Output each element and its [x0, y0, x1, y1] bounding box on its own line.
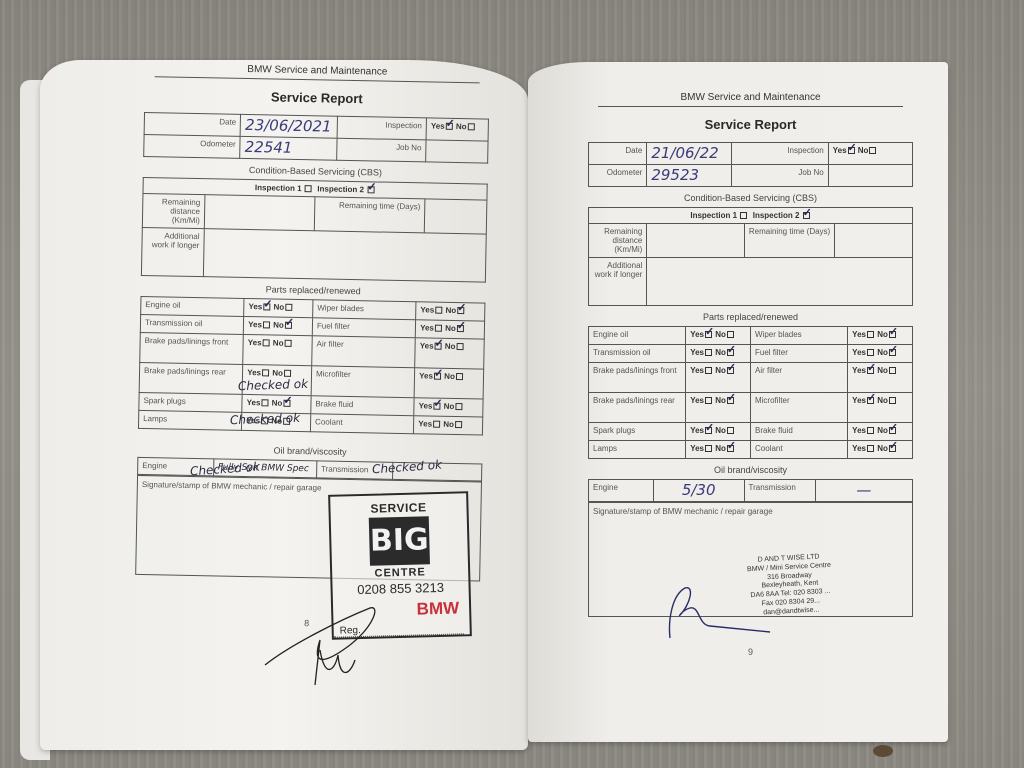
checkbox[interactable] [457, 325, 464, 332]
inspection2-checkbox[interactable] [803, 212, 810, 219]
report-title: Service Report [144, 87, 489, 109]
part-label: Coolant [310, 414, 414, 434]
signature-label: Signature/stamp of BMW mechanic / repair… [142, 480, 322, 492]
cbs-table: Inspection 1 Inspection 2 Remaining dist… [588, 207, 913, 306]
checkbox[interactable] [727, 427, 734, 434]
part-label: Microfilter [311, 366, 415, 398]
part-yes-no[interactable]: Yes No [686, 345, 751, 363]
checkbox[interactable] [867, 367, 874, 374]
checkbox[interactable] [283, 400, 290, 407]
checkbox[interactable] [262, 370, 269, 377]
handwritten-note: Checked ok [230, 411, 300, 427]
part-yes-no[interactable]: Yes No [414, 416, 483, 435]
part-yes-no[interactable]: Yes No [686, 363, 751, 393]
part-label: Brake pads/linings front [140, 332, 244, 364]
mechanic-signature-left [260, 600, 390, 690]
part-yes-no[interactable]: Yes No [414, 368, 483, 399]
remaining-distance-label: Remaining distance (Km/Mi) [589, 224, 647, 258]
date-label: Date [589, 143, 647, 165]
checkbox[interactable] [727, 397, 734, 404]
part-yes-no[interactable]: Yes No [686, 423, 751, 441]
part-label: Fuel filter [750, 345, 847, 363]
part-label: Brake pads/linings rear [139, 362, 243, 394]
part-label: Wiper blades [750, 327, 847, 345]
odometer-label: Odometer [589, 165, 647, 187]
table-debris [873, 745, 893, 757]
odometer-value[interactable]: 22541 [245, 138, 293, 157]
checkbox[interactable] [867, 445, 874, 452]
checkbox[interactable] [889, 349, 896, 356]
part-yes-no[interactable]: Yes No [686, 393, 751, 423]
inspection-yes-checkbox[interactable] [446, 123, 453, 130]
checkbox[interactable] [867, 397, 874, 404]
running-head: BMW Service and Maintenance [598, 92, 903, 107]
job-no-value[interactable] [828, 165, 912, 187]
cbs-table: Inspection 1 Inspection 2 Remaining dist… [141, 177, 488, 283]
checkbox[interactable] [456, 373, 463, 380]
part-yes-no[interactable]: Yes No [243, 334, 312, 365]
part-label: Engine oil [589, 327, 686, 345]
checkbox[interactable] [455, 421, 462, 428]
part-label: Spark plugs [139, 392, 243, 412]
parts-row: Transmission oilYes NoFuel filterYes No [589, 345, 913, 363]
oil-engine-label: Engine [589, 480, 654, 502]
part-yes-no[interactable]: Yes No [415, 320, 484, 339]
additional-work-label: Additional work if longer [141, 227, 204, 276]
checkbox[interactable] [284, 370, 291, 377]
report-title: Service Report [588, 117, 913, 132]
inspection-yes-no[interactable]: Yes No [426, 118, 488, 141]
job-no-value[interactable] [426, 140, 488, 163]
part-label: Fuel filter [312, 318, 416, 338]
checkbox[interactable] [456, 343, 463, 350]
additional-work-label: Additional work if longer [589, 258, 647, 306]
part-yes-no[interactable]: Yes No [848, 393, 913, 423]
remaining-time-label: Remaining time (Days) [314, 197, 425, 233]
part-yes-no[interactable]: Yes No [416, 302, 485, 321]
part-yes-no[interactable]: Yes No [848, 441, 913, 459]
part-label: Air filter [750, 363, 847, 393]
checkbox[interactable] [434, 343, 441, 350]
checkbox[interactable] [705, 367, 712, 374]
checkbox[interactable] [705, 427, 712, 434]
inspection-no-checkbox[interactable] [869, 147, 876, 154]
parts-row: Brake pads/linings rearYes NoMicrofilter… [589, 393, 913, 423]
part-label: Lamps [138, 410, 242, 430]
cbs-inspection-row: Inspection 1 Inspection 2 [589, 208, 913, 224]
part-label: Transmission oil [589, 345, 686, 363]
part-yes-no[interactable]: Yes No [686, 441, 751, 459]
oil-title: Oil brand/viscosity [588, 465, 913, 475]
inspection1-checkbox[interactable] [305, 185, 312, 192]
part-yes-no[interactable]: Yes No [848, 345, 913, 363]
oil-engine-value[interactable]: 5/30 [682, 481, 716, 499]
checkbox[interactable] [867, 349, 874, 356]
checkbox[interactable] [727, 367, 734, 374]
checkbox[interactable] [705, 331, 712, 338]
remaining-distance-value[interactable] [647, 224, 744, 258]
additional-work-value[interactable] [647, 258, 913, 306]
part-label: Brake pads/linings front [589, 363, 686, 393]
checkbox[interactable] [867, 331, 874, 338]
parts-row: Brake pads/linings frontYes NoAir filter… [589, 363, 913, 393]
checkbox[interactable] [727, 349, 734, 356]
date-label: Date [144, 113, 241, 137]
checkbox[interactable] [263, 304, 270, 311]
oil-transmission-value[interactable]: — [856, 481, 871, 499]
checkbox[interactable] [433, 403, 440, 410]
inspection-yes-checkbox[interactable] [848, 147, 855, 154]
checkbox[interactable] [727, 331, 734, 338]
cbs-title: Condition-Based Servicing (CBS) [588, 193, 913, 203]
checkbox[interactable] [889, 397, 896, 404]
checkbox[interactable] [433, 421, 440, 428]
part-yes-no[interactable]: Yes No [848, 423, 913, 441]
inspection-label: Inspection [337, 116, 427, 140]
checkbox[interactable] [284, 340, 291, 347]
inspection-label: Inspection [731, 143, 828, 165]
checkbox[interactable] [889, 445, 896, 452]
inspection1-checkbox[interactable] [740, 212, 747, 219]
checkbox[interactable] [263, 340, 270, 347]
part-label: Transmission oil [140, 314, 244, 334]
header-table: Date 21/06/22 Inspection Yes No Odometer… [588, 142, 913, 187]
part-yes-no[interactable]: Yes No [414, 398, 483, 417]
oil-transmission-label: Transmission [744, 480, 815, 502]
signature-label: Signature/stamp of BMW mechanic / repair… [593, 507, 773, 516]
part-label: Microfilter [750, 393, 847, 423]
checkbox[interactable] [889, 331, 896, 338]
part-yes-no[interactable]: Yes No [244, 298, 313, 317]
page-number: 9 [588, 647, 913, 657]
part-label: Engine oil [141, 296, 245, 316]
inspection-no-checkbox[interactable] [468, 124, 475, 131]
remaining-distance-label: Remaining distance (Km/Mi) [142, 193, 205, 228]
part-yes-no[interactable]: Yes No [243, 316, 312, 335]
parts-row: Engine oilYes NoWiper bladesYes No [589, 327, 913, 345]
checkbox[interactable] [285, 322, 292, 329]
odometer-label: Odometer [144, 134, 241, 158]
checkbox[interactable] [285, 304, 292, 311]
oil-table: Engine 5/30 Transmission — [588, 479, 913, 502]
checkbox[interactable] [705, 349, 712, 356]
handwritten-note: Checked ok [238, 377, 308, 393]
parts-title: Parts replaced/renewed [588, 312, 913, 322]
checkbox[interactable] [705, 397, 712, 404]
checkbox[interactable] [435, 325, 442, 332]
checkbox[interactable] [261, 400, 268, 407]
checkbox[interactable] [889, 367, 896, 374]
odometer-value[interactable]: 29523 [651, 166, 699, 184]
remaining-time-value[interactable] [424, 199, 487, 234]
part-yes-no[interactable]: Yes No [686, 327, 751, 345]
part-label: Coolant [750, 441, 847, 459]
part-yes-no[interactable]: Yes No [848, 363, 913, 393]
part-label: Brake pads/linings rear [589, 393, 686, 423]
job-no-label: Job No [336, 138, 426, 162]
part-label: Air filter [312, 336, 416, 368]
part-label: Lamps [589, 441, 686, 459]
parts-table: Engine oilYes NoWiper bladesYes NoTransm… [138, 296, 485, 436]
checkbox[interactable] [867, 427, 874, 434]
part-yes-no[interactable]: Yes No [848, 327, 913, 345]
checkbox[interactable] [457, 307, 464, 314]
parts-table: Engine oilYes NoWiper bladesYes NoTransm… [588, 326, 913, 459]
checkbox[interactable] [727, 445, 734, 452]
checkbox[interactable] [705, 445, 712, 452]
job-no-label: Job No [731, 165, 828, 187]
remaining-time-value[interactable] [835, 224, 913, 258]
date-value[interactable]: 23/06/2021 [245, 116, 332, 136]
part-label: Spark plugs [589, 423, 686, 441]
additional-work-value[interactable] [203, 229, 486, 282]
checkbox[interactable] [889, 427, 896, 434]
parts-row: Spark plugsYes NoBrake fluidYes No [589, 423, 913, 441]
part-label: Brake fluid [750, 423, 847, 441]
checkbox[interactable] [455, 403, 462, 410]
checkbox[interactable] [435, 307, 442, 314]
checkbox[interactable] [263, 322, 270, 329]
part-label: Brake fluid [311, 396, 415, 416]
checkbox[interactable] [434, 373, 441, 380]
stamp-phone: 0208 855 3213 [332, 579, 468, 598]
remaining-time-label: Remaining time (Days) [744, 224, 835, 258]
part-label: Wiper blades [313, 300, 417, 320]
date-value[interactable]: 21/06/22 [651, 144, 718, 162]
inspection2-checkbox[interactable] [367, 187, 374, 194]
part-yes-no[interactable]: Yes No [415, 338, 484, 369]
inspection-yes-no[interactable]: Yes No [828, 143, 912, 165]
header-table: Date 23/06/2021 Inspection Yes No Odomet… [143, 112, 489, 164]
mechanic-signature-right [660, 580, 780, 640]
remaining-distance-value[interactable] [204, 195, 315, 231]
big-logo: BIG [369, 516, 430, 566]
parts-row: LampsYes NoCoolantYes No [589, 441, 913, 459]
